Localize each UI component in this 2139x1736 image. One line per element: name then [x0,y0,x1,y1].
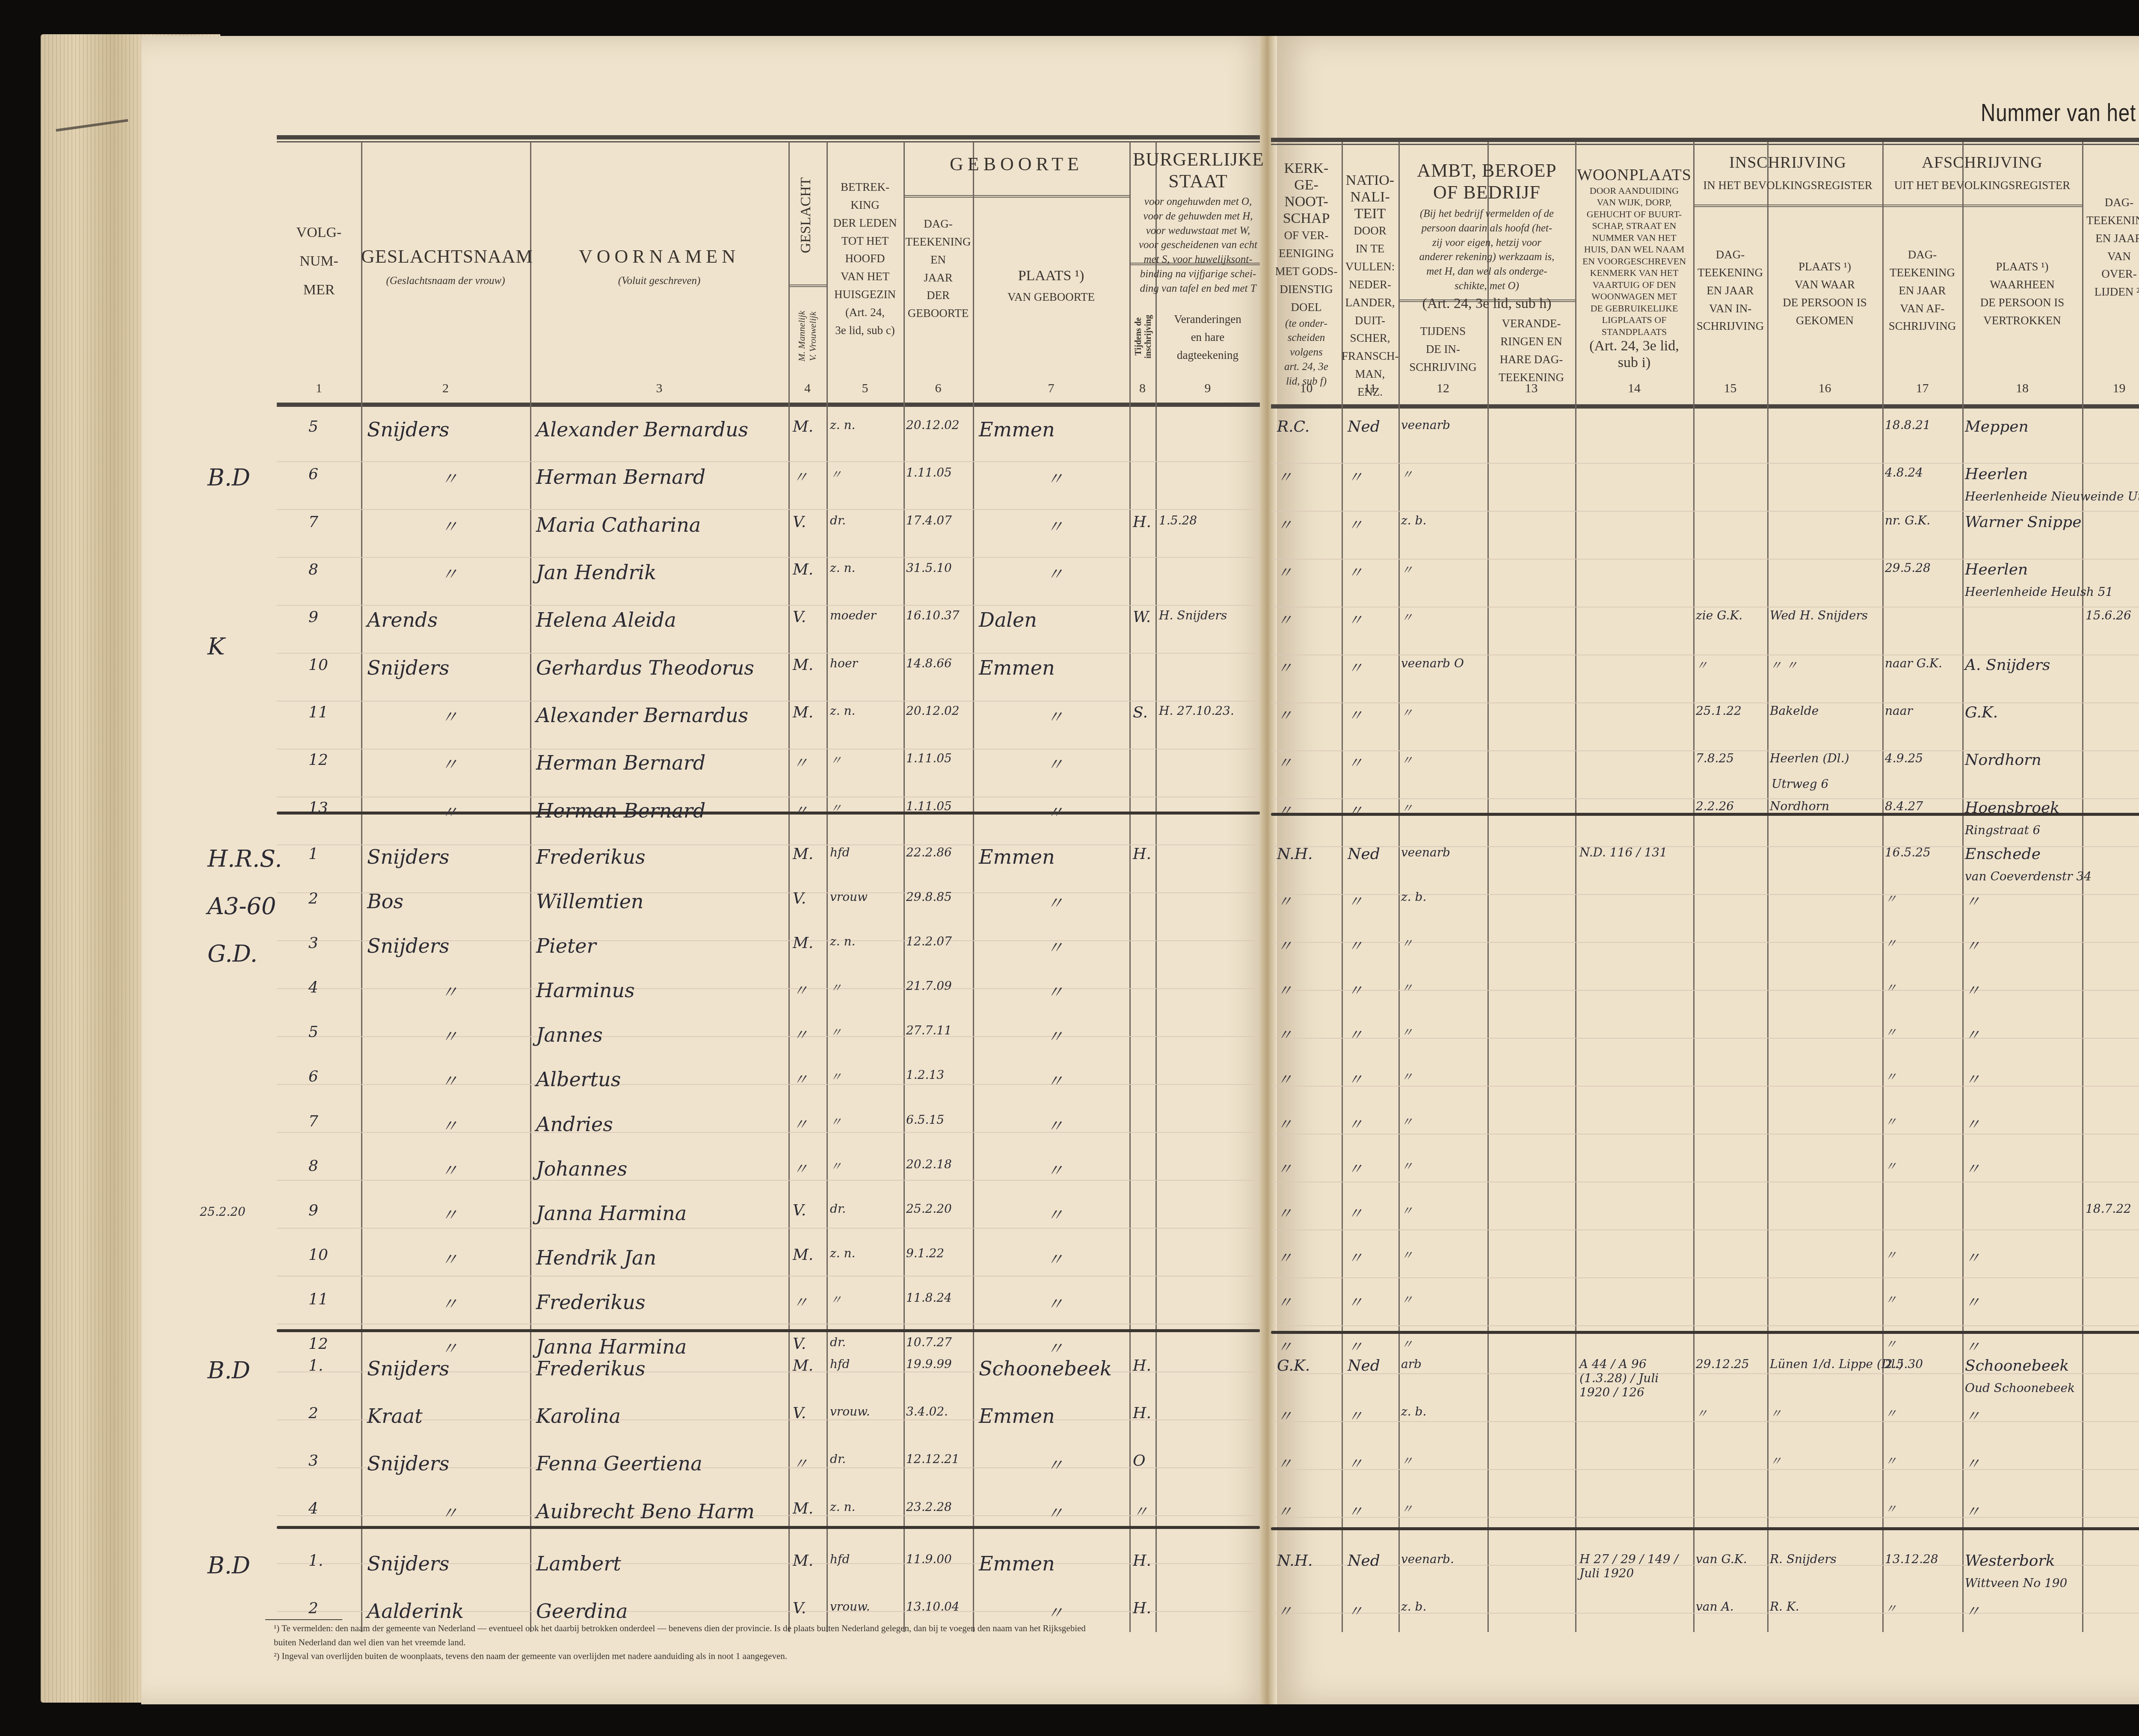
birth-place-cell: 〃 [1046,1600,1064,1624]
nationality-cell: 〃 [1348,1113,1363,1135]
deregistration-destination-cell: 〃 [1965,1335,1980,1357]
ruled-line [277,1515,1260,1516]
relation-cell: 〃 [830,979,842,996]
church-cell: 〃 [1277,1452,1292,1474]
relation-cell: 〃 [830,1291,842,1308]
sex-cell: M. [793,418,813,435]
nationality-cell: 〃 [1348,1452,1363,1474]
sex-cell: 〃 [793,1157,808,1179]
deregistration-date-cell: 〃 [1885,1113,1897,1130]
header-bottom-rule-right [1271,404,2139,409]
birth-date-cell: 1.11.05 [906,799,952,813]
header-top-rule-left [277,135,1260,139]
row-number: 10 [308,656,328,674]
surname-cell: 〃 [441,1202,458,1226]
nationality-cell: 〃 [1348,1600,1363,1621]
birth-date-cell: 31.5.10 [906,561,952,575]
given-names-cell: Pieter [536,934,596,957]
occupation-cell: 〃 [1401,799,1413,816]
row-number: 11 [308,704,328,721]
deregistration-destination-extra: Wittveen No 190 [1965,1576,2067,1590]
surname-cell: Snijders [367,1357,449,1380]
header-afschrijving-datum: DAG-TEEKENINGEN JAARVAN AF-SCHRIJVING [1882,246,1962,335]
relation-cell: moeder [830,608,876,622]
header-ambt-veranderingen: VERANDE-RINGEN ENHARE DAG-TEEKENING [1487,315,1575,386]
occupation-cell: 〃 [1401,1202,1413,1219]
deregistration-destination-cell: Westerbork [1965,1552,2055,1570]
deregistration-destination-cell: Heerlen [1965,465,2028,483]
church-cell: 〃 [1277,1335,1292,1357]
deregistration-date-cell: 〃 [1885,1246,1897,1263]
ruled-line [277,988,1260,989]
relation-cell: 〃 [830,1113,842,1130]
church-cell: 〃 [1277,608,1292,630]
civil-status-cell: H. [1133,1357,1151,1375]
occupation-cell: 〃 [1401,561,1413,578]
occupation-cell: z. b. [1401,1600,1426,1614]
birth-place-cell: 〃 [1046,1452,1064,1476]
church-cell: 〃 [1277,1500,1292,1522]
surname-cell: Snijders [367,1452,449,1475]
relation-cell: hoer [830,656,858,670]
surname-cell: 〃 [441,1291,458,1315]
deregistration-date-cell: 13.12.28 [1885,1552,1938,1566]
civil-status-cell: H. [1133,513,1151,531]
column-number-19: 19 [2082,381,2139,396]
occupation-cell: 〃 [1401,704,1413,721]
church-cell: 〃 [1277,934,1292,956]
sex-cell: 〃 [793,1452,808,1474]
church-cell: 〃 [1277,890,1292,912]
relation-cell: z. n. [830,934,856,948]
sex-cell: M. [793,704,813,721]
column-number-5: 5 [827,381,904,396]
ruled-line [277,701,1260,702]
surname-cell: 〃 [441,1335,458,1360]
surname-cell: 〃 [441,799,458,824]
birth-place-cell: 〃 [1046,1335,1064,1360]
deregistration-destination-cell: 〃 [1965,934,1980,956]
church-cell: 〃 [1277,561,1292,583]
relation-cell: z. n. [830,418,856,432]
deregistration-destination-cell: Warner Snippe [1965,513,2081,531]
given-names-cell: Gerhardus Theodorus [536,656,754,679]
household-divider [277,1329,1260,1332]
sex-cell: M. [793,845,813,863]
nationality-cell: 〃 [1348,465,1363,487]
occupation-cell: 〃 [1401,1291,1413,1308]
birth-place-cell: Emmen [979,418,1055,441]
sex-cell: M. [793,1246,813,1264]
deregistration-destination-cell: 〃 [1965,1404,1980,1426]
church-cell: 〃 [1277,979,1292,1001]
column-divider [1962,142,1964,1632]
occupation-cell: veenarb. [1401,1552,1454,1566]
column-number-9: 9 [1155,381,1260,396]
deregistration-destination-cell: 〃 [1965,1600,1980,1621]
registration-origin-cell: Nordhorn [1770,799,1829,813]
deregistration-destination-cell: Enschede [1965,845,2041,863]
row-number: 1 [308,845,318,863]
household-divider [277,1526,1260,1529]
household-marker: A3-60 [207,893,276,920]
church-cell: 〃 [1277,1068,1292,1090]
birth-date-cell: 19.9.99 [906,1357,952,1371]
surname-cell: 〃 [441,704,458,728]
column-number-8: 8 [1129,381,1155,396]
nationality-cell: Ned [1348,1357,1380,1375]
nationality-cell: 〃 [1348,979,1363,1001]
relation-cell: vrouw [830,890,868,904]
sex-cell: M. [793,934,813,952]
household-divider [1271,1527,2139,1530]
ruled-line [277,461,1260,462]
row-number: 9 [308,608,318,626]
sex-cell: 〃 [793,1291,808,1312]
birth-place-cell: 〃 [1046,465,1064,490]
birth-place-cell: Emmen [979,656,1055,679]
nationality-cell: 〃 [1348,1500,1363,1522]
nationality-cell: Ned [1348,418,1380,435]
ruled-line [277,1084,1260,1085]
surname-cell: 〃 [441,561,458,585]
footnote-divider [265,1619,342,1620]
civil-status-change-cell: H. 27.10.23. [1159,704,1234,718]
occupation-cell: z. b. [1401,513,1426,527]
sex-cell: M. [793,1552,813,1570]
header-geboorte-datum: DAG-TEEKENINGENJAARDERGEBOORTE [904,215,973,323]
given-names-cell: Frederikus [536,845,646,868]
deregistration-destination-cell: 〃 [1965,1246,1980,1268]
sex-cell: 〃 [793,1113,808,1135]
ruled-line [277,1180,1260,1181]
birth-date-cell: 11.8.24 [906,1291,952,1305]
given-names-cell: Herman Bernard [536,465,705,489]
nationality-cell: 〃 [1348,1404,1363,1426]
deregistration-destination-cell: Hoensbroek [1965,799,2059,817]
residence-cell: H 27 / 29 / 149 / Juli 1920 [1579,1552,1691,1580]
given-names-cell: Karolina [536,1404,621,1428]
column-divider [530,142,531,1632]
ruled-line [1271,1277,2139,1278]
row-number: 6 [308,1068,318,1085]
given-names-cell: Frederikus [536,1357,646,1380]
church-cell: 〃 [1277,751,1292,773]
ruled-line [277,1132,1260,1133]
registration-origin-cell: R. Snijders [1770,1552,1837,1566]
row-number: 7 [308,513,318,531]
registration-date-cell: 7.8.25 [1696,751,1734,765]
surname-cell: Snijders [367,656,449,679]
deregistration-destination-cell: 〃 [1965,1113,1980,1135]
church-cell: 〃 [1277,1291,1292,1312]
sex-cell: 〃 [793,1068,808,1090]
given-names-cell: Albertus [536,1068,621,1091]
birth-place-cell: 〃 [1046,890,1064,914]
column-divider [1882,142,1884,1632]
surname-cell: Snijders [367,1552,449,1575]
column-divider [1767,142,1769,1632]
registration-origin-cell: Bakelde [1770,704,1819,718]
birth-date-cell: 1.11.05 [906,751,952,765]
registration-date-cell: 25.1.22 [1696,704,1742,718]
registration-origin-cell: 〃 [1770,1452,1782,1469]
nationality-cell: 〃 [1348,513,1363,535]
occupation-cell: 〃 [1401,934,1413,951]
column-divider [827,142,828,1632]
inschrijving-subrule [1693,204,1882,207]
surname-cell: 〃 [441,1500,458,1524]
church-cell: 〃 [1277,1157,1292,1179]
registration-origin-extra: Utrweg 6 [1772,777,1828,791]
column-number-4: 4 [788,381,827,396]
header-betrekking: BETREK-KINGDER LEDENTOT HETHOOFDVAN HETH… [827,178,904,340]
death-date-cell: 18.7.22 [2086,1202,2131,1216]
residence-cell: A 44 / A 96 (1.3.28) / Juli 1920 / 126 [1579,1357,1691,1399]
header-inschrijving-plaats: PLAATS ¹)VAN WAARDE PERSOON ISGEKOMEN [1767,258,1882,329]
column-number-12: 12 [1398,381,1487,396]
civil-status-change-cell: H. Snijders [1159,608,1227,622]
deregistration-date-cell: 8.4.27 [1885,799,1923,813]
ruled-line [1271,1325,2139,1326]
birth-date-cell: 12.2.07 [906,934,952,948]
birth-place-cell: 〃 [1046,1023,1064,1048]
given-names-cell: Hendrik Jan [536,1246,656,1269]
given-names-cell: Janna Harmina [536,1335,687,1358]
surname-cell: 〃 [441,1068,458,1092]
deregistration-date-cell: 4.8.24 [1885,465,1923,480]
deregistration-destination-cell: 〃 [1965,1068,1980,1090]
row-number: 2 [308,1600,318,1617]
deregistration-date-cell: 〃 [1885,1404,1897,1422]
birth-date-cell: 9.1.22 [906,1246,944,1260]
column-number-6: 6 [904,381,973,396]
ruled-line [277,1276,1260,1277]
sex-cell: V. [793,1600,806,1617]
column-divider [1129,142,1131,1632]
occupation-cell: veenarb [1401,418,1450,432]
birth-place-cell: 〃 [1046,1500,1064,1524]
relation-cell: z. n. [830,704,856,718]
given-names-cell: Maria Catharina [536,513,701,536]
ruled-line [1271,655,2139,655]
sex-cell: M. [793,1357,813,1375]
given-names-cell: Auibrecht Beno Harm [536,1500,755,1523]
ruled-line [277,892,1260,893]
registration-date-cell: 29.12.25 [1696,1357,1749,1371]
column-number-10: 10 [1271,381,1342,396]
church-cell: 〃 [1277,656,1292,678]
birth-place-cell: 〃 [1046,979,1064,1003]
registration-date-cell: 〃 [1696,656,1708,673]
ruled-line [1271,511,2139,512]
birth-date-cell: 20.2.18 [906,1157,952,1171]
civil-status-cell: H. [1133,1552,1151,1570]
deregistration-destination-cell: 〃 [1965,1452,1980,1474]
birth-place-cell: 〃 [1046,799,1064,824]
nationality-cell: 〃 [1348,890,1363,912]
sex-cell: 〃 [793,751,808,773]
header-geboorte: GEBOORTE [904,154,1129,175]
birth-place-cell: 〃 [1046,1068,1064,1092]
occupation-cell: 〃 [1401,1157,1413,1174]
header-nationaliteit: NATIO-NALI-TEITDOORIN TEVULLEN:NEDER-LAN… [1342,172,1398,401]
header-burgerlijke-staat: BURGERLIJKESTAATvoor ongehuwden met O,vo… [1129,149,1267,296]
occupation-cell: 〃 [1401,1068,1413,1085]
relation-cell: hfd [830,1552,850,1566]
surname-cell: 〃 [441,979,458,1003]
ruled-line [277,557,1260,558]
deregistration-date-cell: 〃 [1885,1500,1897,1517]
occupation-cell: veenarb [1401,845,1450,859]
header-top-rule-right [1271,138,2139,142]
registration-date-cell: van A. [1696,1600,1734,1614]
nationality-cell: Ned [1348,845,1380,863]
afschrijving-subrule [1882,204,2082,207]
nationality-cell: 〃 [1348,1202,1363,1223]
birth-date-cell: 25.2.20 [906,1202,952,1216]
column-number-15: 15 [1693,381,1767,396]
church-cell: 〃 [1277,1023,1292,1045]
column-number-7: 7 [973,381,1129,396]
row-number: 3 [308,1452,318,1469]
deregistration-date-cell: nr. G.K. [1885,513,1930,527]
occupation-cell: 〃 [1401,979,1413,996]
surname-cell: Snijders [367,418,449,441]
deregistration-date-cell: 〃 [1885,1068,1897,1085]
deregistration-destination-cell: 〃 [1965,979,1980,1001]
birth-date-cell: 12.12.21 [906,1452,960,1466]
deregistration-destination-cell: 〃 [1965,1157,1980,1179]
row-number: 12 [308,751,328,769]
given-names-cell: Johannes [536,1157,627,1180]
civil-status-cell: H. [1133,1404,1151,1422]
ruled-line [1271,1469,2139,1470]
birth-date-cell: 1.11.05 [906,465,952,480]
surname-cell: 〃 [441,1157,458,1182]
column-number-1: 1 [277,381,361,396]
occupation-cell: arb [1401,1357,1422,1371]
relation-cell: z. n. [830,1246,856,1260]
church-cell: 〃 [1277,513,1292,535]
sex-cell: 〃 [793,979,808,1001]
household-divider [277,812,1260,815]
nationality-cell: 〃 [1348,799,1363,821]
civil-status-cell: W. [1133,608,1151,626]
relation-cell: dr. [830,1335,846,1349]
ruled-line [277,797,1260,797]
header-inschrijving: INSCHRIJVINGIN HET BEVOLKINGSREGISTER [1693,154,1882,195]
given-names-cell: Fenna Geertiena [536,1452,702,1475]
relation-cell: dr. [830,1202,846,1216]
deregistration-destination-extra: Heerlenheide Nieuweinde Utterweg 6 t/a L… [1965,489,2139,504]
birth-place-cell: 〃 [1046,704,1064,728]
deregistration-destination-extra: van Coeverdenstr 34 [1965,869,2092,883]
relation-cell: dr. [830,1452,846,1466]
birth-place-cell: 〃 [1046,1246,1064,1271]
given-names-cell: Janna Harmina [536,1202,687,1225]
header-afschrijving: AFSCHRIJVINGUIT HET BEVOLKINGSREGISTER [1882,154,2082,195]
surname-cell: 〃 [441,751,458,776]
sex-cell: M. [793,1500,813,1517]
deregistration-destination-extra: Oud Schoonebeek [1965,1381,2075,1395]
relation-cell: 〃 [830,751,842,768]
registration-date-cell: 2.2.26 [1696,799,1734,813]
birth-date-cell: 13.10.04 [906,1600,960,1614]
birth-date-cell: 10.7.27 [906,1335,952,1349]
deregistration-destination-extra: Heerlenheide Heulsh 51 [1965,585,2113,599]
surname-cell: Snijders [367,845,449,868]
header-volgnummer: VOLG-NUM-MER [277,224,361,310]
sex-cell: V. [793,513,806,531]
occupation-cell: 〃 [1401,1452,1413,1469]
geboorte-subrule [904,195,1129,198]
nationality-cell: 〃 [1348,1335,1363,1357]
footnotes: ¹) Te vermelden: den naam der gemeente v… [274,1621,1108,1663]
sex-cell: V. [793,1404,806,1422]
civil-status-cell: S. [1133,704,1148,721]
birth-place-cell: 〃 [1046,1291,1064,1315]
church-cell: 〃 [1277,1404,1292,1426]
relation-cell: 〃 [830,465,842,483]
ruled-line [277,1419,1260,1420]
surname-cell: 〃 [441,1023,458,1048]
surname-cell: Bos [367,890,403,913]
relation-cell: 〃 [830,1023,842,1040]
row-number: 12 [308,1335,328,1353]
geslacht-subrule [788,284,827,287]
nationality-cell: 〃 [1348,1023,1363,1045]
relation-cell: vrouw. [830,1404,870,1419]
relation-cell: 〃 [830,799,842,816]
deregistration-destination-extra: Ringstraat 6 [1965,823,2040,837]
relation-cell: hfd [830,845,850,859]
relation-cell: hfd [830,1357,850,1371]
ruled-line [277,509,1260,510]
birth-place-cell: Dalen [979,608,1037,631]
deregistration-destination-cell: 〃 [1965,1291,1980,1312]
household-marker: B.D [207,464,250,491]
column-number-14: 14 [1575,381,1693,396]
column-divider [2082,142,2083,1632]
ruled-line [1271,1182,2139,1182]
header-geslacht: GESLACHT [798,160,814,271]
sex-cell: 〃 [793,799,808,821]
deregistration-date-cell: 2.5.30 [1885,1357,1923,1371]
occupation-cell: 〃 [1401,1500,1413,1517]
deregistration-date-cell: 〃 [1885,1600,1897,1617]
birth-date-cell: 22.2.86 [906,845,952,859]
birth-place-cell: Emmen [979,1404,1055,1428]
birth-place-cell: 〃 [1046,1157,1064,1182]
row-number: 1. [308,1357,323,1375]
occupation-cell: z. b. [1401,1404,1426,1419]
registration-origin-cell: 〃 [1770,1404,1782,1422]
ruled-line [1271,1086,2139,1087]
header-tijdens-inschrijving: Tijdens de inschrijving [1134,304,1153,369]
column-number-13: 13 [1487,381,1575,396]
civil-status-change-cell: 1.5.28 [1159,513,1197,527]
row-number: 2 [308,1404,318,1422]
header-top-thin-right [1271,144,2139,145]
registration-origin-cell: Lünen 1/d. Lippe (Dl.) [1770,1357,1903,1371]
church-cell: 〃 [1277,1202,1292,1223]
sex-cell: V. [793,1335,806,1353]
given-names-cell: Geerdina [536,1600,628,1623]
birth-place-cell: 〃 [1046,561,1064,585]
relation-cell: z. n. [830,561,856,575]
given-names-cell: Alexander Bernardus [536,418,748,441]
